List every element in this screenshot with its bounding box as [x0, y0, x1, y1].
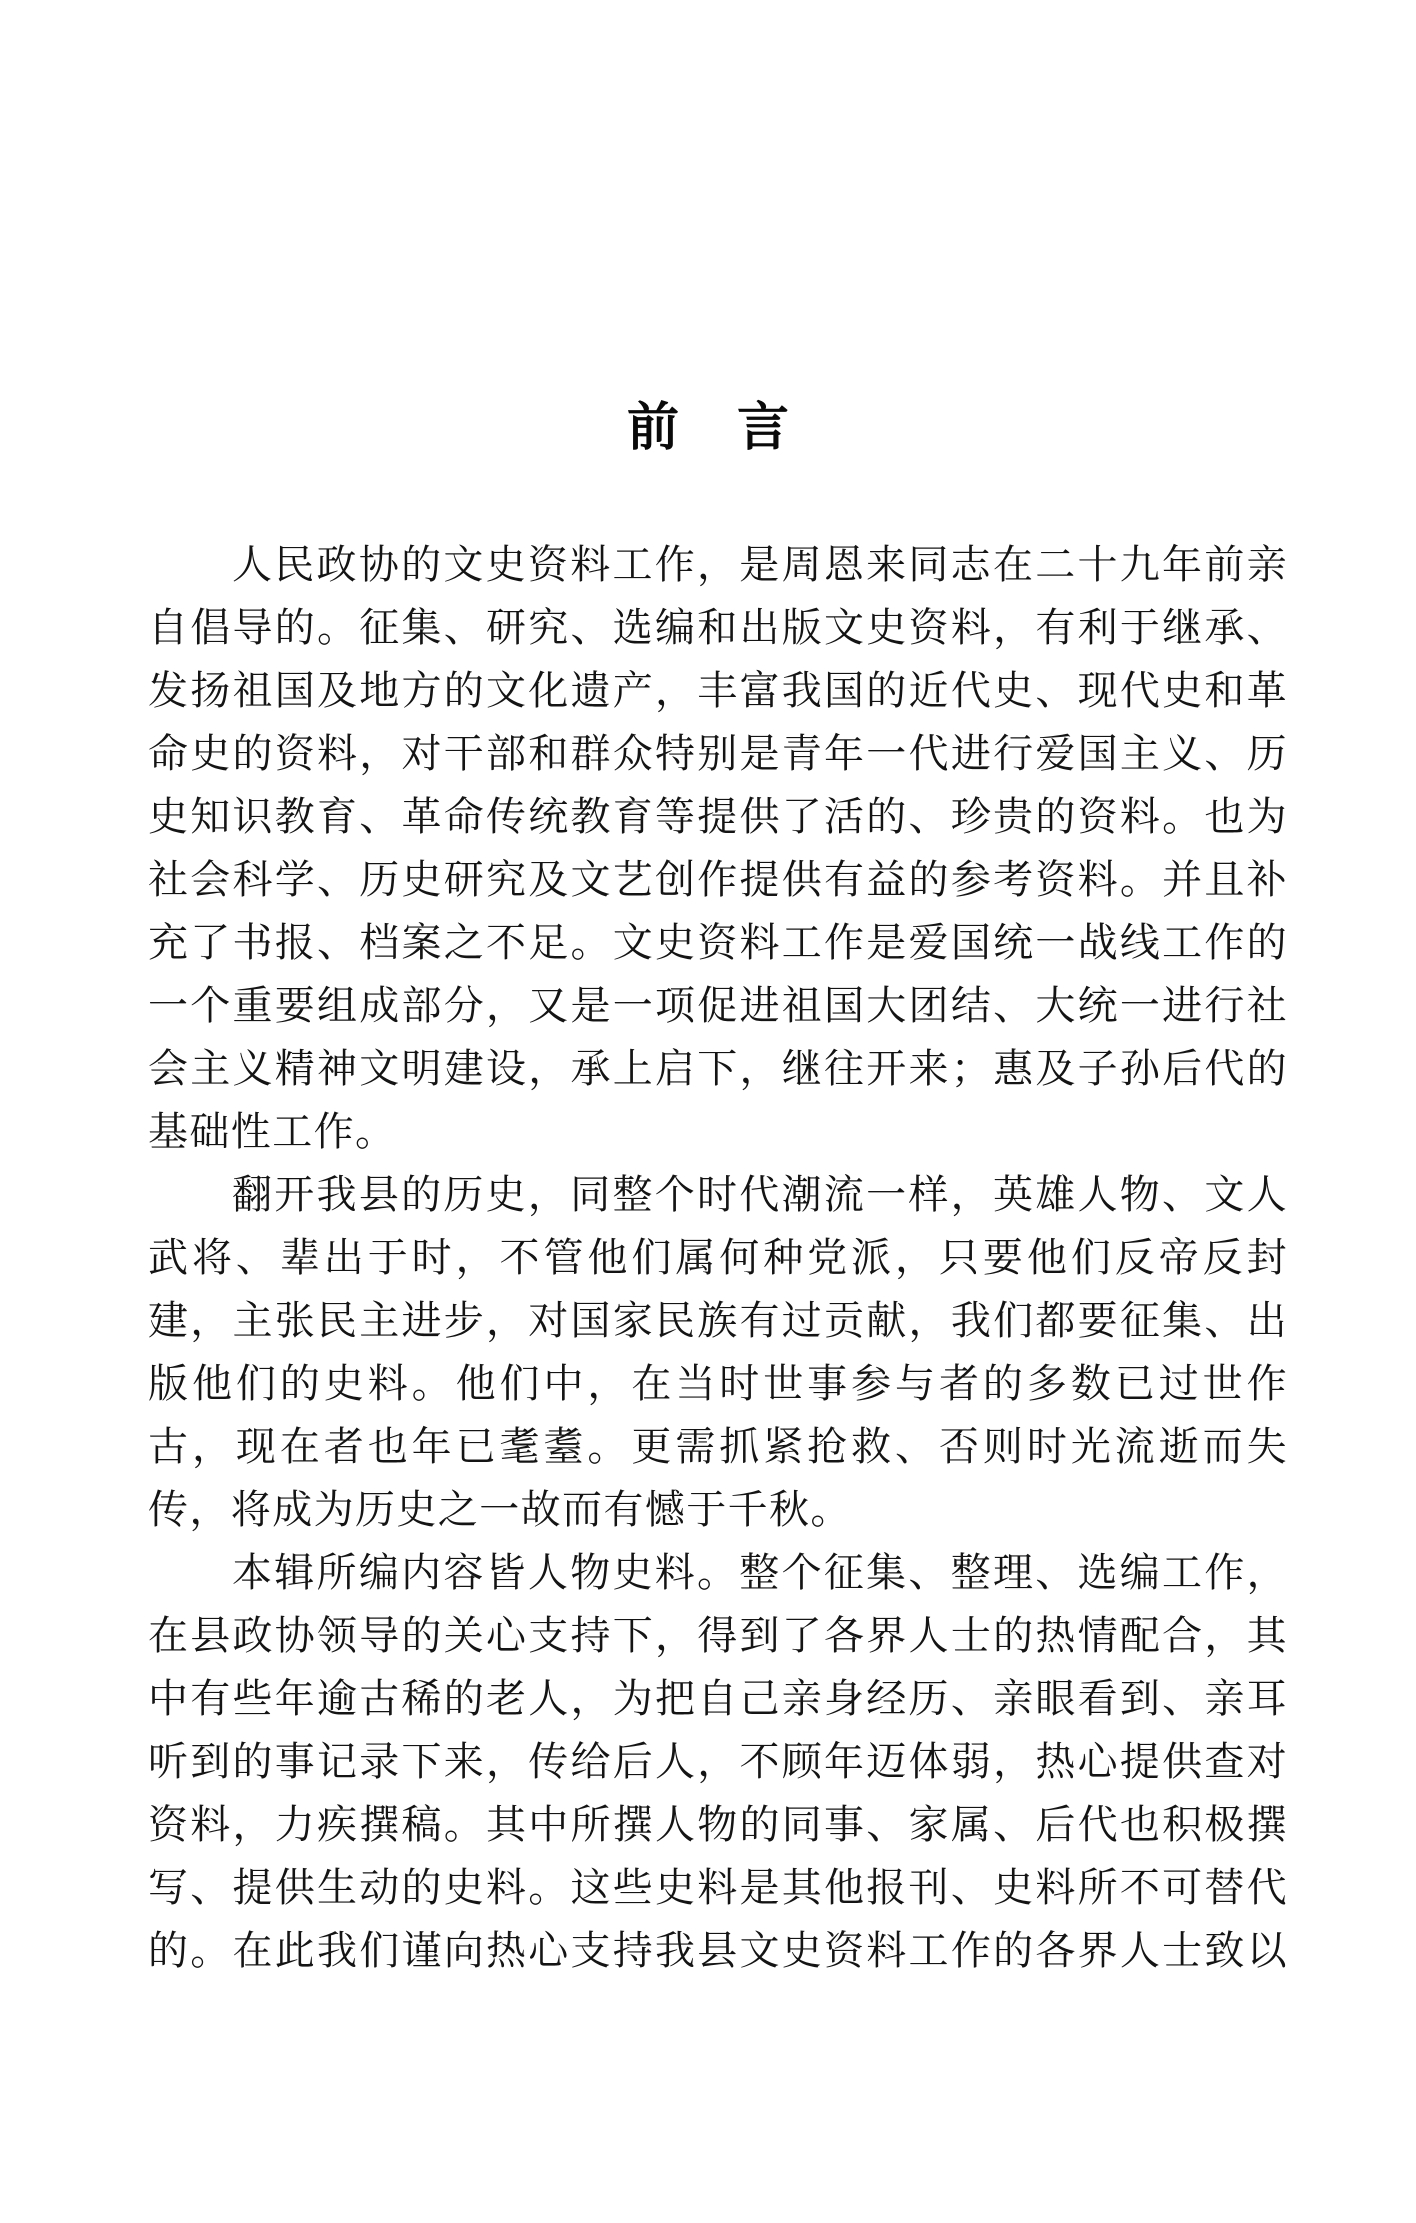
document-page: 前言 人民政协的文史资料工作，是周恩来同志在二十九年前亲 自倡导的。征集、研究、… — [0, 0, 1416, 2223]
text-line: 写、提供生动的史料。这些史料是其他报刊、史料所不可替代 — [148, 1857, 1288, 1920]
text-line: 资料，力疾撰稿。其中所撰人物的同事、家属、后代也积极撰 — [148, 1794, 1288, 1857]
text-line: 充了书报、档案之不足。文史资料工作是爱国统一战线工作的 — [148, 912, 1288, 975]
text-line: 命史的资料，对干部和群众特别是青年一代进行爱国主义、历 — [148, 723, 1288, 786]
text-line: 发扬祖国及地方的文化遗产，丰富我国的近代史、现代史和革 — [148, 660, 1288, 723]
text-line: 武将、辈出于时，不管他们属何种党派，只要他们反帝反封 — [148, 1227, 1288, 1290]
text-line: 的。在此我们谨向热心支持我县文史资料工作的各界人士致以 — [148, 1920, 1288, 1983]
text-line: 一个重要组成部分，又是一项促进祖国大团结、大统一进行社 — [148, 975, 1288, 1038]
page-title: 前言 — [0, 396, 1416, 460]
text-line: 传，将成为历史之一故而有憾于千秋。 — [148, 1479, 1288, 1542]
text-line: 建，主张民主进步，对国家民族有过贡献，我们都要征集、出 — [148, 1290, 1288, 1353]
text-line: 中有些年逾古稀的老人，为把自己亲身经历、亲眼看到、亲耳 — [148, 1668, 1288, 1731]
text-line: 社会科学、历史研究及文艺创作提供有益的参考资料。并且补 — [148, 849, 1288, 912]
text-line: 基础性工作。 — [148, 1101, 1288, 1164]
text-line: 听到的事记录下来，传给后人，不顾年迈体弱，热心提供查对 — [148, 1731, 1288, 1794]
text-line: 在县政协领导的关心支持下，得到了各界人士的热情配合，其 — [148, 1605, 1288, 1668]
preface-body: 人民政协的文史资料工作，是周恩来同志在二十九年前亲 自倡导的。征集、研究、选编和… — [148, 534, 1288, 1983]
text-line: 版他们的史料。他们中，在当时世事参与者的多数已过世作 — [148, 1353, 1288, 1416]
text-line: 翻开我县的历史，同整个时代潮流一样，英雄人物、文人 — [148, 1164, 1288, 1227]
text-line: 自倡导的。征集、研究、选编和出版文史资料，有利于继承、 — [148, 597, 1288, 660]
text-line: 古，现在者也年已耄耋。更需抓紧抢救、否则时光流逝而失 — [148, 1416, 1288, 1479]
text-line: 史知识教育、革命传统教育等提供了活的、珍贵的资料。也为 — [148, 786, 1288, 849]
text-line: 会主义精神文明建设，承上启下，继往开来；惠及子孙后代的 — [148, 1038, 1288, 1101]
text-line: 本辑所编内容皆人物史料。整个征集、整理、选编工作， — [148, 1542, 1288, 1605]
text-line: 人民政协的文史资料工作，是周恩来同志在二十九年前亲 — [148, 534, 1288, 597]
